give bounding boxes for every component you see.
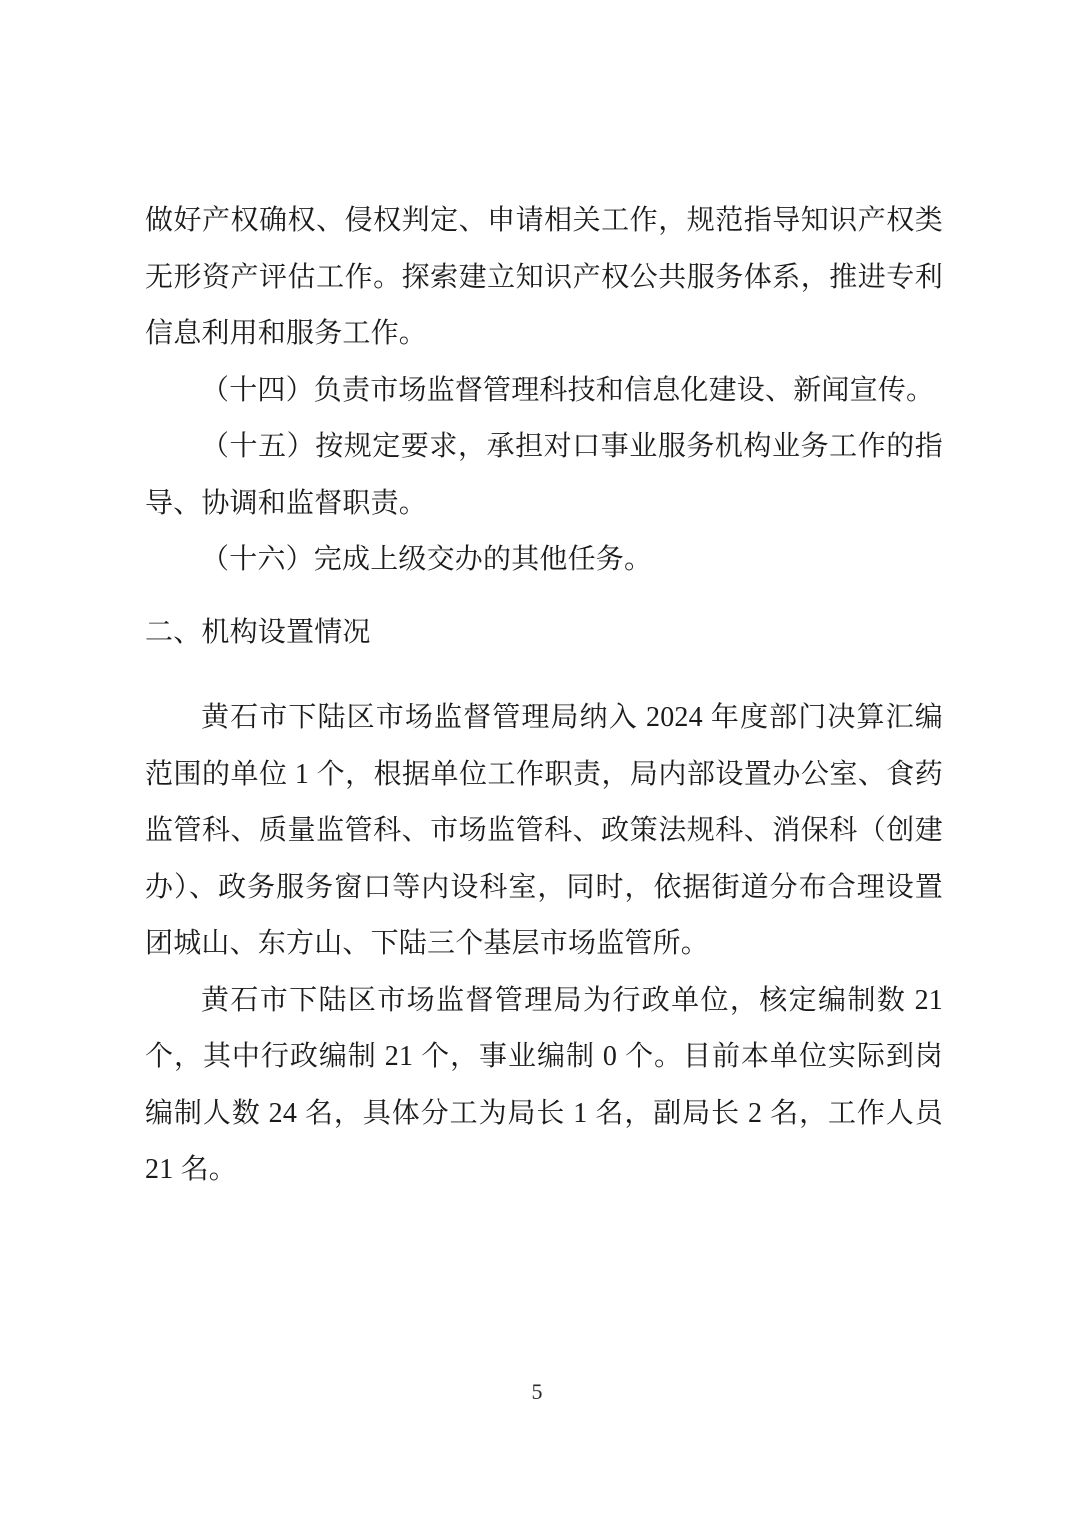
section-heading-organization-setup: 二、机构设置情况: [145, 605, 943, 662]
body-paragraph-org-structure: 黄石市下陆区市场监督管理局纳入 2024 年度部门决算汇编范围的单位 1 个，根…: [145, 690, 943, 973]
body-paragraph-continuation: 做好产权确权、侵权判定、申请相关工作，规范指导知识产权类无形资产评估工作。探索建…: [145, 193, 943, 363]
body-paragraph-item-16: （十六）完成上级交办的其他任务。: [145, 532, 943, 589]
page-number: 5: [532, 1379, 543, 1404]
page-footer: 5: [0, 1378, 1074, 1406]
document-page: 做好产权确权、侵权判定、申请相关工作，规范指导知识产权类无形资产评估工作。探索建…: [0, 0, 1074, 1520]
document-body: 做好产权确权、侵权判定、申请相关工作，规范指导知识产权类无形资产评估工作。探索建…: [145, 0, 943, 1199]
body-paragraph-item-15: （十五）按规定要求，承担对口事业服务机构业务工作的指导、协调和监督职责。: [145, 419, 943, 532]
body-paragraph-staffing: 黄石市下陆区市场监督管理局为行政单位，核定编制数 21 个，其中行政编制 21 …: [145, 973, 943, 1199]
body-paragraph-item-14: （十四）负责市场监督管理科技和信息化建设、新闻宣传。: [145, 363, 943, 420]
